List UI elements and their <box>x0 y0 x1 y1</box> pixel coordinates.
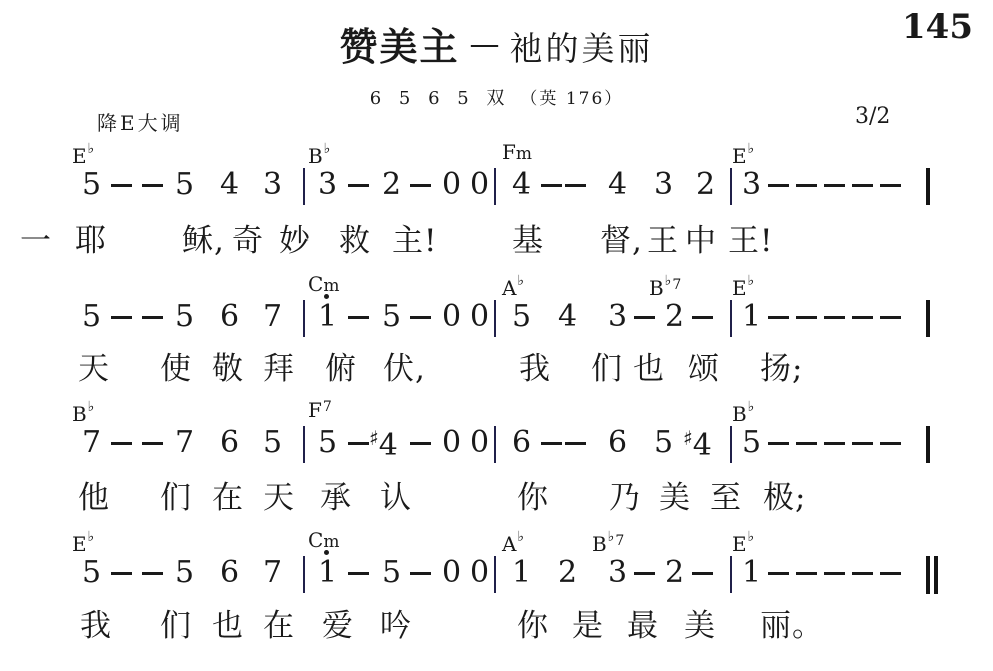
chord-root: A <box>502 276 516 300</box>
barline <box>494 556 496 593</box>
note-digit: 7 <box>175 428 194 458</box>
lyric-syllable: 奇 <box>232 226 264 257</box>
lyric-syllable: 在 <box>263 611 295 642</box>
lyric-syllable: 伏, <box>383 354 426 385</box>
duration-dash <box>142 316 163 319</box>
barline <box>303 300 305 337</box>
note-digit-high-octave: 1 <box>318 558 337 588</box>
lyric-syllable: 主! <box>392 226 437 257</box>
note-digit: 4 <box>220 170 239 200</box>
barline <box>494 168 496 205</box>
chord-root: B <box>592 532 607 556</box>
duration-dash <box>111 572 132 575</box>
note-digit: 0 <box>470 170 489 200</box>
duration-dash <box>541 442 562 445</box>
note-digit: 0 <box>442 302 461 332</box>
chord-label: B♭ <box>732 400 754 424</box>
note-sharp: ♯4 <box>683 428 712 461</box>
note-digit: 7 <box>82 428 101 458</box>
duration-dash <box>111 316 132 319</box>
note-digit: 6 <box>608 428 627 458</box>
duration-dash <box>796 184 817 187</box>
duration-dash <box>348 572 369 575</box>
duration-dash <box>824 572 845 575</box>
sharp-icon: ♯ <box>683 426 693 450</box>
note-digit: 6 <box>512 428 531 458</box>
duration-dash <box>692 316 713 319</box>
duration-dash <box>796 316 817 319</box>
lyric-syllable: 吟 <box>380 611 412 642</box>
title-dash-separator: — <box>470 27 500 62</box>
lyric-syllable: 爱 <box>322 611 354 642</box>
note-digit: 5 <box>382 302 401 332</box>
lyric-syllable: 天 <box>263 483 295 514</box>
chord-label: E♭ <box>72 142 94 166</box>
barline <box>494 300 496 337</box>
lyric-syllable: 稣, <box>182 226 225 257</box>
chord-label: Fm <box>502 142 532 163</box>
flat-icon: ♭ <box>665 273 672 289</box>
note-digit: 6 <box>220 428 239 458</box>
duration-dash <box>880 184 901 187</box>
end-barline <box>926 426 930 463</box>
lyric-syllable: 基 <box>512 226 544 257</box>
note-digit: 5 <box>512 302 531 332</box>
duration-dash <box>111 184 132 187</box>
duration-dash <box>410 442 431 445</box>
lyric-syllable: 也 <box>212 611 244 642</box>
lyric-syllable: 至 <box>710 483 742 514</box>
lyric-syllable: 中 <box>685 226 717 257</box>
chord-root: B <box>649 276 664 300</box>
chord-label: E♭ <box>732 274 754 298</box>
chord-label: Cm <box>308 530 339 551</box>
note-digit: 2 <box>665 558 684 588</box>
duration-dash <box>768 316 789 319</box>
chord-label: B♭ <box>72 400 94 424</box>
flat-icon: ♭ <box>88 141 95 157</box>
note-digit: 7 <box>263 302 282 332</box>
lyric-syllable: 你 <box>517 611 549 642</box>
chord-root: E <box>732 276 747 300</box>
duration-dash <box>796 442 817 445</box>
chord-label: B♭ <box>308 142 330 166</box>
note-digit: 2 <box>382 170 401 200</box>
flat-icon: ♭ <box>608 529 615 545</box>
meter-info: 6 5 6 5 双 <box>370 88 511 109</box>
chord-extension: 7 <box>615 533 624 549</box>
flat-icon: ♭ <box>748 141 755 157</box>
duration-dash <box>880 316 901 319</box>
duration-dash <box>142 184 163 187</box>
lyric-syllable: 最 <box>627 611 659 642</box>
note-digit: 5 <box>82 558 101 588</box>
note-digit: 0 <box>470 558 489 588</box>
note-digit: 0 <box>470 302 489 332</box>
chord-quality: m <box>323 532 339 552</box>
chord-quality: m <box>323 276 339 296</box>
note-digit: 3 <box>608 558 627 588</box>
flat-icon: ♭ <box>88 529 95 545</box>
lyric-syllable: 使 <box>160 354 192 385</box>
hymn-title-main: 赞美主 <box>339 25 459 69</box>
reference-info: （英 176） <box>520 89 623 109</box>
chord-root: F <box>308 398 322 422</box>
duration-dash <box>768 442 789 445</box>
chord-root: E <box>72 144 87 168</box>
lyric-syllable: 美 <box>684 611 716 642</box>
duration-dash <box>768 572 789 575</box>
duration-dash <box>796 572 817 575</box>
chord-quality: m <box>516 144 532 164</box>
note-digit: 3 <box>318 170 337 200</box>
note-digit: 5 <box>318 428 337 458</box>
flat-icon: ♭ <box>748 529 755 545</box>
duration-dash <box>852 184 873 187</box>
lyric-syllable: 承 <box>320 483 352 514</box>
chord-root: A <box>502 532 516 556</box>
barline <box>303 556 305 593</box>
note-digit: 5 <box>175 558 194 588</box>
duration-dash <box>880 572 901 575</box>
duration-dash <box>142 442 163 445</box>
lyric-syllable: 美 <box>659 483 691 514</box>
note-digit: 4 <box>693 428 712 463</box>
lyric-syllable: 他 <box>78 483 110 514</box>
duration-dash <box>111 442 132 445</box>
duration-dash <box>348 184 369 187</box>
duration-dash <box>824 442 845 445</box>
note-digit: 1 <box>742 558 761 588</box>
note-digit: 2 <box>558 558 577 588</box>
chord-root: E <box>732 144 747 168</box>
duration-dash <box>410 184 431 187</box>
note-digit: 5 <box>382 558 401 588</box>
lyric-syllable: 王! <box>728 226 773 257</box>
duration-dash <box>852 572 873 575</box>
duration-dash <box>852 442 873 445</box>
duration-dash <box>410 316 431 319</box>
octave-dot <box>324 550 329 555</box>
chord-label: F7 <box>308 400 332 420</box>
end-barline <box>926 300 930 337</box>
note-digit: 2 <box>696 170 715 200</box>
chord-root: C <box>308 272 323 296</box>
flat-icon: ♭ <box>324 141 331 157</box>
note-digit: 4 <box>379 428 398 463</box>
note-digit: 5 <box>654 428 673 458</box>
note-digit: 0 <box>442 428 461 458</box>
flat-icon: ♭ <box>748 273 755 289</box>
note-digit: 3 <box>608 302 627 332</box>
lyric-syllable: 耶 <box>75 226 107 257</box>
duration-dash <box>348 316 369 319</box>
duration-dash <box>634 316 655 319</box>
lyric-syllable: 们 <box>160 483 192 514</box>
verse-number: 一 <box>20 226 52 257</box>
lyric-syllable: 救 <box>339 226 371 257</box>
duration-dash <box>880 442 901 445</box>
flat-icon: ♭ <box>517 529 524 545</box>
chord-root: E <box>72 532 87 556</box>
chord-root: B <box>308 144 323 168</box>
note-digit: 3 <box>263 170 282 200</box>
duration-dash <box>541 184 562 187</box>
note-digit: 3 <box>654 170 673 200</box>
barline <box>730 426 732 463</box>
chord-label: E♭ <box>732 530 754 554</box>
barline <box>494 426 496 463</box>
note-digit: 5 <box>175 170 194 200</box>
note-digit: 1 <box>512 558 531 588</box>
note-digit: 5 <box>742 428 761 458</box>
lyric-syllable: 颂 <box>688 354 720 385</box>
note-sharp: ♯4 <box>369 428 398 461</box>
duration-dash <box>768 184 789 187</box>
lyric-syllable: 扬; <box>760 354 803 385</box>
note-digit: 7 <box>263 558 282 588</box>
duration-dash <box>634 572 655 575</box>
duration-dash <box>565 442 586 445</box>
duration-dash <box>692 572 713 575</box>
lyric-syllable: 妙 <box>279 226 311 257</box>
note-digit: 5 <box>263 428 282 458</box>
lyric-syllable: 也 <box>633 354 665 385</box>
duration-dash <box>852 316 873 319</box>
note-digit: 2 <box>665 302 684 332</box>
chord-label: E♭ <box>732 142 754 166</box>
duration-dash <box>824 184 845 187</box>
hymn-title-secondary: 祂的美丽 <box>510 29 654 68</box>
lyric-syllable: 我 <box>519 354 551 385</box>
lyric-syllable: 天 <box>78 354 110 385</box>
lyric-syllable: 俯 <box>325 354 357 385</box>
title-row: 赞美主—祂的美丽 <box>0 16 993 71</box>
chord-label: Cm <box>308 274 339 295</box>
lyric-syllable: 丽。 <box>760 611 824 642</box>
note-digit: 5 <box>82 302 101 332</box>
lyric-syllable: 你 <box>517 483 549 514</box>
lyric-syllable: 乃 <box>609 483 641 514</box>
duration-dash <box>565 184 586 187</box>
chord-label: B♭7 <box>592 530 624 554</box>
note-digit: 3 <box>742 170 761 200</box>
flat-icon: ♭ <box>517 273 524 289</box>
note-digit: 4 <box>558 302 577 332</box>
sharp-icon: ♯ <box>369 426 379 450</box>
barline <box>730 300 732 337</box>
note-digit: 5 <box>82 170 101 200</box>
duration-dash <box>348 442 369 445</box>
lyric-syllable: 督, <box>600 226 643 257</box>
chord-label: A♭ <box>502 530 524 554</box>
flat-icon: ♭ <box>748 399 755 415</box>
duration-dash <box>142 572 163 575</box>
note-digit: 4 <box>512 170 531 200</box>
note-digit: 5 <box>175 302 194 332</box>
note-digit: 4 <box>608 170 627 200</box>
barline <box>303 168 305 205</box>
final-double-barline <box>926 556 938 594</box>
chord-extension: 7 <box>323 399 332 415</box>
note-digit: 1 <box>742 302 761 332</box>
time-signature: 3/2 <box>855 104 890 129</box>
lyric-syllable: 们 <box>591 354 623 385</box>
end-barline <box>926 168 930 205</box>
chord-root: C <box>308 528 323 552</box>
chord-root: B <box>732 402 747 426</box>
barline <box>730 556 732 593</box>
lyric-syllable: 敬 <box>212 354 244 385</box>
lyric-syllable: 我 <box>80 611 112 642</box>
barline <box>730 168 732 205</box>
note-digit: 0 <box>470 428 489 458</box>
duration-dash <box>824 316 845 319</box>
lyric-syllable: 极; <box>763 483 806 514</box>
chord-label: E♭ <box>72 530 94 554</box>
note-digit: 6 <box>220 558 239 588</box>
chord-root: F <box>502 140 516 164</box>
lyric-syllable: 是 <box>572 611 604 642</box>
lyric-syllable: 在 <box>212 483 244 514</box>
note-digit: 6 <box>220 302 239 332</box>
key-signature-label: 降E大调 <box>97 107 184 136</box>
chord-root: B <box>72 402 87 426</box>
flat-icon: ♭ <box>88 399 95 415</box>
lyric-syllable: 王 <box>647 226 679 257</box>
note-digit: 0 <box>442 558 461 588</box>
chord-root: E <box>732 532 747 556</box>
note-digit: 0 <box>442 170 461 200</box>
lyric-syllable: 认 <box>380 483 412 514</box>
duration-dash <box>410 572 431 575</box>
barline <box>303 426 305 463</box>
octave-dot <box>324 294 329 299</box>
hymn-page: 145 赞美主—祂的美丽 6 5 6 5 双（英 176） 降E大调 3/2 E… <box>0 0 993 671</box>
chord-label: A♭ <box>502 274 524 298</box>
lyric-syllable: 们 <box>160 611 192 642</box>
note-digit-high-octave: 1 <box>318 302 337 332</box>
lyric-syllable: 拜 <box>263 354 295 385</box>
chord-extension: 7 <box>672 277 681 293</box>
chord-label: B♭7 <box>649 274 681 298</box>
